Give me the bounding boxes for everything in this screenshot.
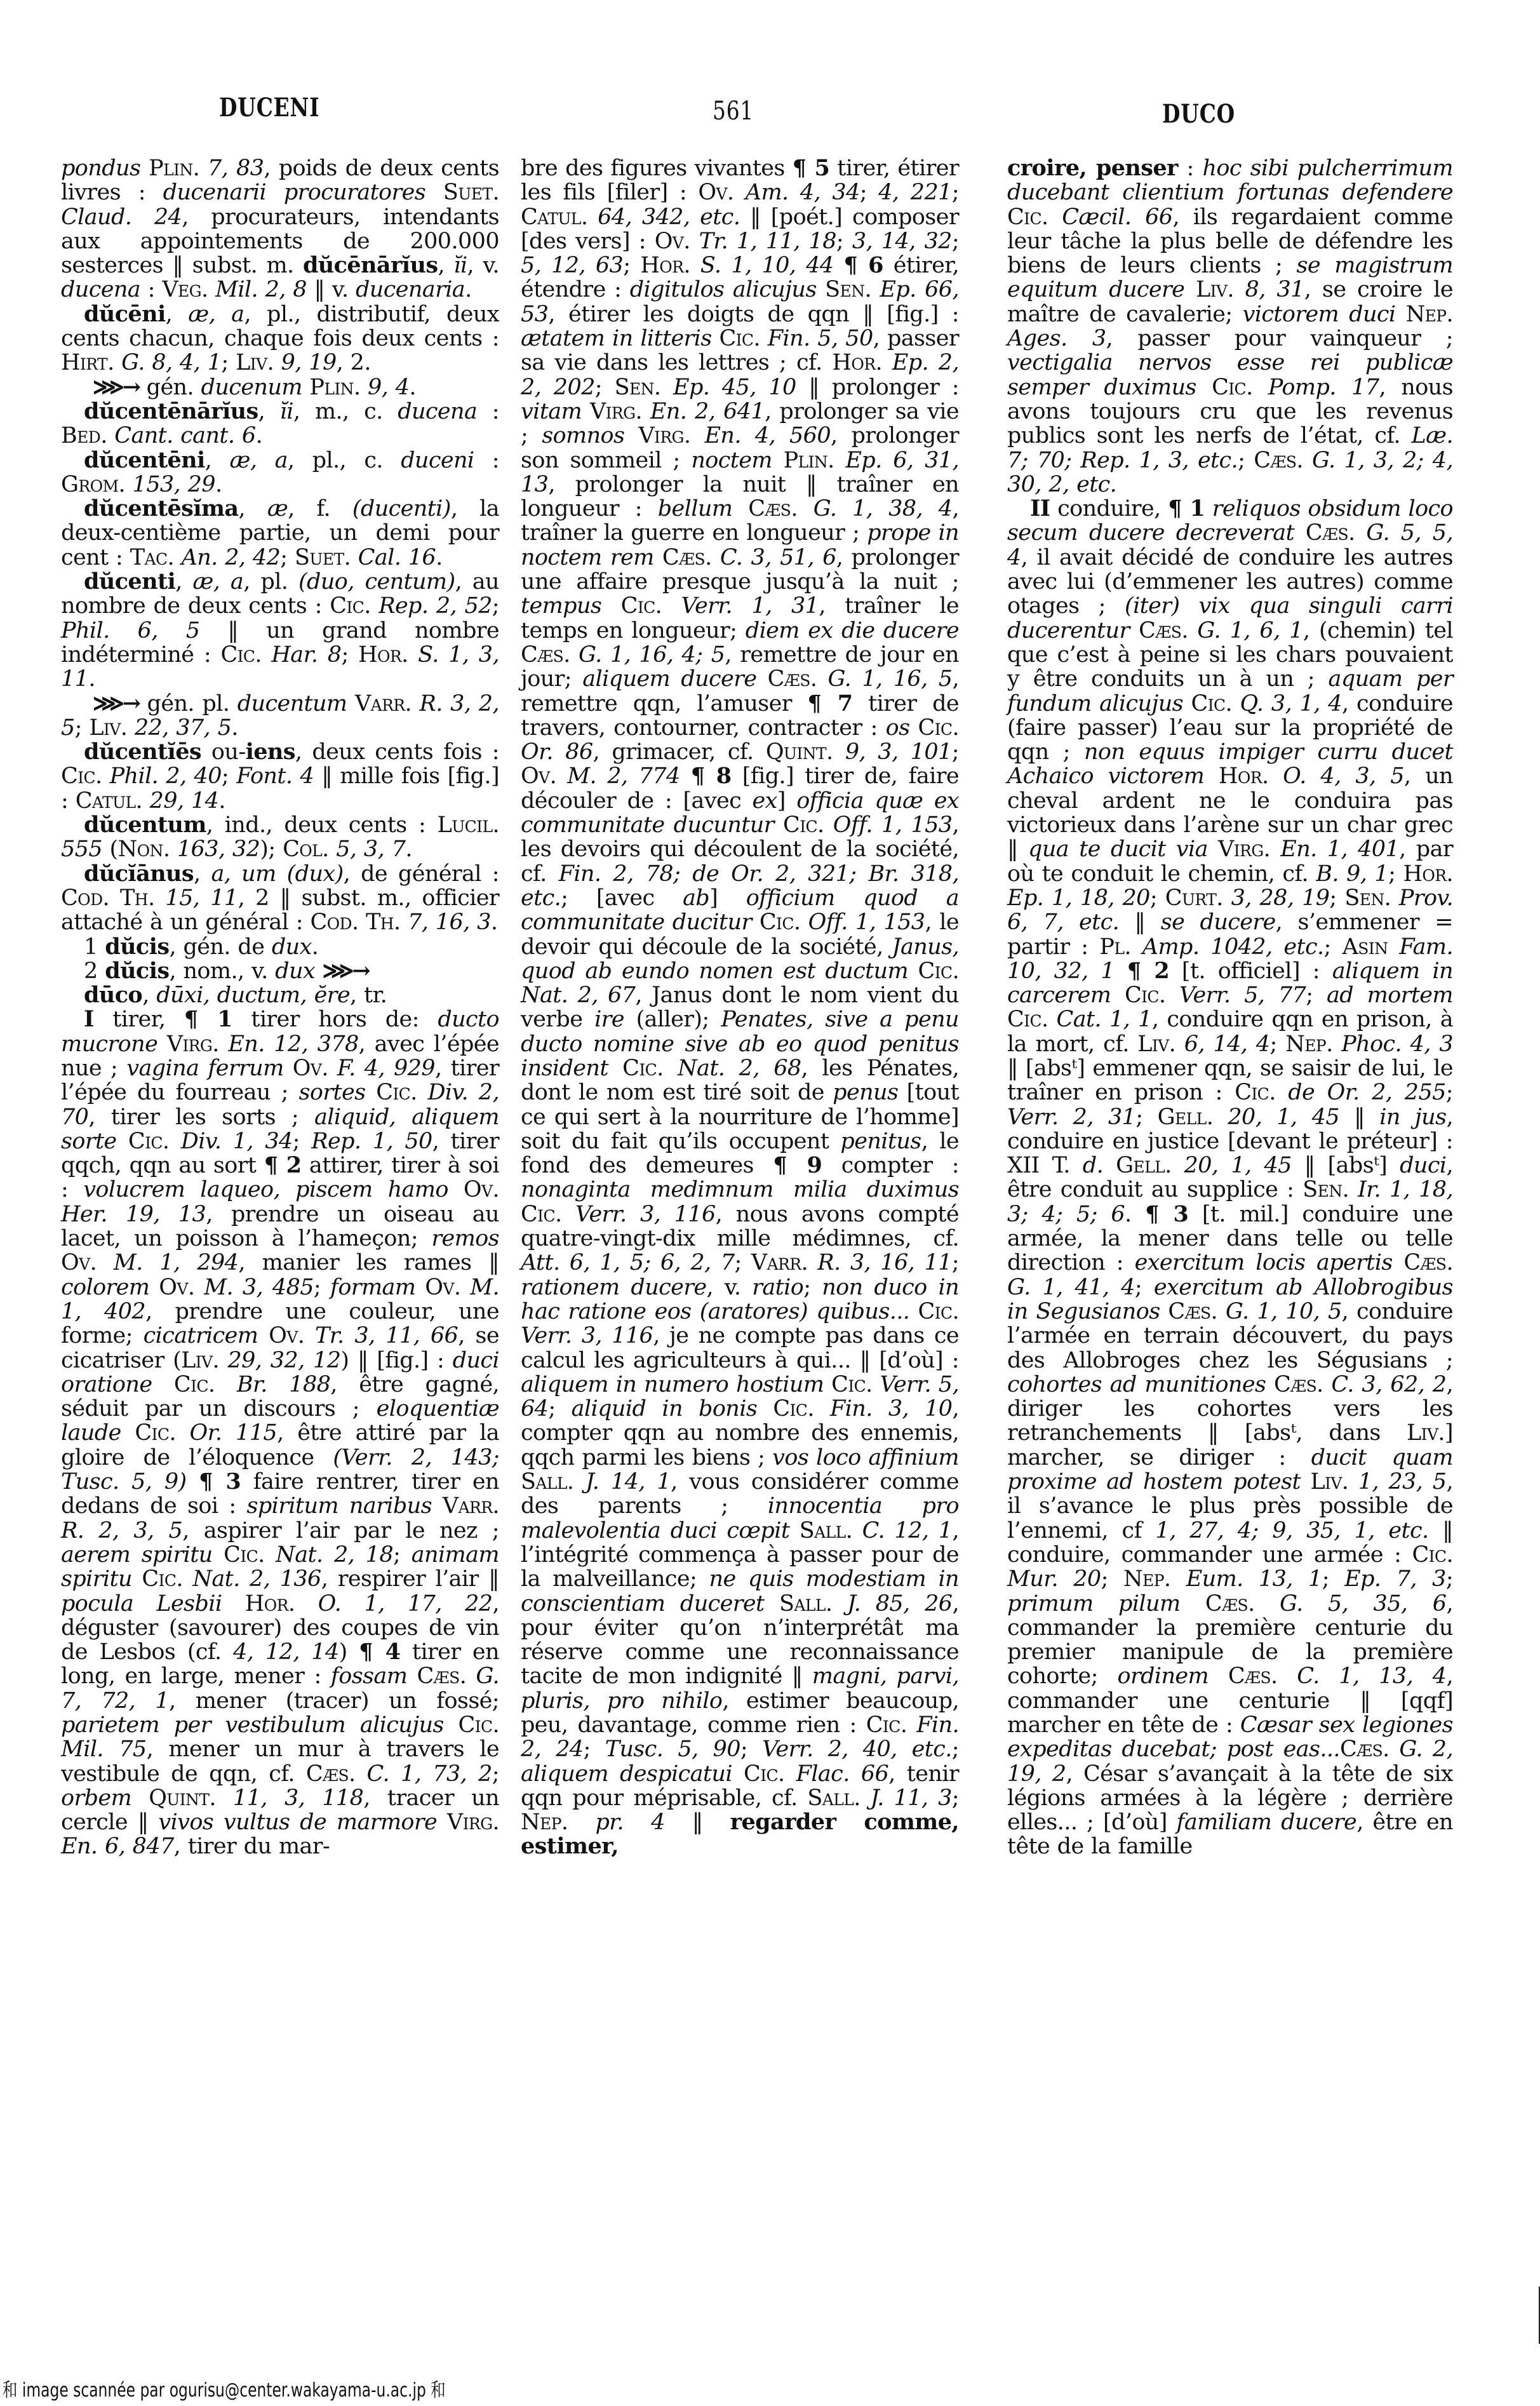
latin-citation: ordinem [1117, 1663, 1209, 1689]
latin-citation: J. 11, 3 [871, 1785, 952, 1811]
author-abbrev: Lucil [438, 812, 493, 838]
latin-citation: Ep. 7, 3 [1344, 1566, 1446, 1592]
latin-citation: Nat. 2, 136 [192, 1566, 321, 1592]
author-abbrev: Cæs [417, 1663, 459, 1689]
latin-citation: exercitum locis apertis [1135, 1250, 1393, 1275]
latin-citation: ducenum [201, 375, 302, 400]
headword: ¶ 1 [184, 1006, 232, 1032]
headword: dŭcēni [84, 301, 166, 327]
latin-citation: R. 2, 3, 5 [61, 1518, 182, 1543]
latin-citation: noctem [691, 448, 772, 473]
author-abbrev: Virg [167, 1032, 213, 1057]
latin-citation: primum pilum [1007, 1591, 1181, 1616]
continued-text: bre des figures vivantes ¶ 5 tirer, étir… [521, 156, 959, 1859]
right-guide-word: DUCO [1162, 99, 1235, 129]
author-abbrev: Liv [236, 350, 267, 375]
latin-citation: Or. 115 [190, 1420, 278, 1446]
latin-citation: ducena [398, 399, 477, 424]
latin-citation: orbem [61, 1785, 131, 1811]
author-abbrev: Ov [464, 1177, 493, 1202]
author-abbrev: Hor [640, 253, 683, 278]
latin-citation: dūxi, ductum, ĕre [156, 983, 350, 1008]
latin-citation: Verr. 3, 116 [575, 1202, 716, 1227]
author-abbrev: Cic [1007, 1007, 1041, 1032]
latin-citation: æ [267, 496, 288, 521]
latin-citation: ex [753, 788, 777, 814]
author-abbrev: Ov [61, 1250, 90, 1275]
author-abbrev: Suet [295, 545, 344, 570]
latin-citation: C. 12, 1 [862, 1518, 953, 1543]
author-abbrev: Hor [832, 350, 875, 375]
headword: dŭcēnārĭus [303, 252, 438, 278]
latin-citation: Off. 1, 153 [808, 910, 925, 935]
latin-citation: 3, 28, 19 [1231, 885, 1330, 911]
left-guide-word: DUCENI [219, 93, 319, 123]
author-abbrev: Ov [159, 1275, 188, 1300]
headword: dŭcentum [84, 812, 206, 838]
latin-citation: M. 1, 294 [114, 1250, 239, 1275]
dictionary-entry: 2 dŭcis, nom., v. dux ⋙→ [61, 959, 499, 983]
headword: I [84, 1006, 94, 1032]
latin-citation: 7, 16, 3 [408, 910, 491, 935]
latin-citation: ire [594, 1007, 624, 1032]
author-abbrev: Catul [76, 788, 136, 814]
author-abbrev: Cod [61, 885, 103, 911]
author-abbrev: Cic [135, 1420, 169, 1446]
latin-citation: 4, 221 [878, 180, 952, 205]
latin-citation: diem ex die ducere [746, 618, 959, 643]
latin-citation: æ, a [192, 569, 243, 595]
author-abbrev: Virg [1218, 837, 1264, 862]
headword: dŭcentĭēs [84, 739, 201, 765]
author-abbrev: Nep [521, 1810, 561, 1835]
latin-citation: Phoc. 4, 3 [1341, 1032, 1453, 1057]
author-abbrev: Ov [269, 1323, 298, 1348]
dictionary-entry: dŭcenti, æ, a, pl. (duo, centum), au nom… [61, 570, 499, 691]
latin-citation: ducena [61, 277, 140, 302]
latin-citation: 3, 14, 32 [852, 229, 952, 254]
author-abbrev: Cæs [1205, 1591, 1248, 1616]
author-abbrev: Plin [784, 448, 828, 473]
page-number: 561 [713, 97, 754, 126]
author-abbrev: Curt [1165, 885, 1217, 911]
latin-citation: Div. 1, 34 [181, 1129, 293, 1154]
latin-citation: in jus [1379, 1105, 1446, 1130]
author-abbrev: Asin [1342, 934, 1388, 960]
latin-citation: sortes [299, 1080, 366, 1105]
author-abbrev: Liv [1407, 1420, 1438, 1446]
headword: ¶ 4 [359, 1639, 400, 1665]
author-abbrev: Ov [521, 763, 550, 789]
latin-citation: M. 2, 774 [567, 763, 680, 789]
latin-citation: Verr. 2, 40, etc. [762, 1737, 952, 1762]
latin-citation: parietem per vestibulum alicujus [61, 1712, 444, 1738]
headword: dŭcis [105, 958, 169, 984]
latin-citation: formam [330, 1275, 415, 1300]
latin-citation: B. 9, 1 [1316, 861, 1388, 887]
author-abbrev: Cæs [306, 1761, 349, 1787]
author-abbrev: Cæs [1139, 618, 1181, 643]
latin-citation: Amp. 1042, etc. [1142, 934, 1324, 960]
author-abbrev: Cod [310, 910, 352, 935]
latin-citation: fossam [331, 1663, 407, 1689]
latin-citation: ĭi [280, 399, 293, 424]
latin-citation: Eum. 13, 1 [1186, 1566, 1322, 1592]
latin-citation: Q. 3, 1, 4 [1240, 691, 1342, 716]
author-abbrev: Plin [309, 375, 354, 400]
author-abbrev: Hor [1219, 763, 1262, 789]
latin-citation: vos loco affinium [772, 1445, 959, 1470]
latin-citation: cicatricem [144, 1323, 258, 1348]
author-abbrev: Nep [1285, 1032, 1326, 1057]
latin-citation: Claud. 24 [61, 205, 182, 230]
dictionary-entry: dŭcĭānus, a, um (dux), de général : Cod.… [61, 862, 499, 935]
latin-citation: 20, 1, 45 [1184, 1153, 1292, 1178]
latin-citation: ætatem in litteris [521, 326, 712, 351]
author-abbrev: Sen [615, 375, 654, 400]
latin-citation: 7, 83 [208, 156, 264, 181]
headword: dŭcentēnārĭus [84, 398, 258, 424]
author-abbrev: Cic [1412, 1542, 1446, 1568]
author-abbrev: Sall [800, 1518, 846, 1543]
author-abbrev: Cic [866, 1712, 901, 1738]
latin-citation: Flac. 66 [796, 1761, 889, 1787]
latin-citation: G. 5, 35, 6 [1280, 1591, 1446, 1616]
author-abbrev: Virg [447, 1810, 493, 1835]
latin-citation: F. 4, 929 [337, 1056, 435, 1081]
headword: ¶ 3 [1145, 1201, 1188, 1227]
latin-citation: Har. 8 [271, 642, 341, 668]
latin-citation: (Verr. 2, 143; Tusc. 5, 9) [61, 1445, 499, 1495]
latin-citation: Phil. 6, 5 [61, 618, 199, 643]
latin-citation: aquam per fundum alicujus [1007, 666, 1453, 716]
headword: ¶ 3 [199, 1468, 241, 1495]
author-abbrev: Plin [149, 156, 193, 181]
latin-citation: G. 1, 38, 4 [814, 496, 953, 521]
latin-citation: rationem ducere [521, 1275, 707, 1300]
author-abbrev: Cæs [1228, 1663, 1271, 1689]
author-abbrev: Cæs [1306, 520, 1348, 546]
latin-citation: aliquem ducere [582, 666, 756, 692]
latin-citation: se magistrum equitum ducere [1007, 253, 1453, 302]
latin-citation: nonaginta medimnum milia duximus [521, 1177, 959, 1202]
latin-citation: O. 4, 3, 5 [1283, 763, 1404, 789]
author-abbrev: Cic [174, 1372, 208, 1397]
author-abbrev: Hor [358, 642, 401, 668]
latin-citation: Tr. 3, 11, 66 [315, 1323, 458, 1348]
latin-citation: ducenarii procuratores [163, 180, 425, 205]
latin-citation: pondus [61, 156, 140, 181]
latin-citation: remos [431, 1226, 499, 1251]
author-abbrev: Nep [1123, 1566, 1164, 1592]
latin-citation: 8, 31 [1245, 277, 1304, 302]
dictionary-entry: dŭcentĭēs ou-iens, deux cents fois : Cic… [61, 740, 499, 813]
author-abbrev: Pl [1099, 934, 1124, 960]
author-abbrev: Liv [1310, 1469, 1341, 1495]
author-abbrev: Cic [760, 910, 794, 935]
latin-citation: Ir. 1, 18, 3; 4; 5; 6 [1007, 1177, 1453, 1227]
author-abbrev: Varr [443, 1493, 493, 1519]
latin-citation: 64, 342, etc. [598, 205, 740, 230]
author-abbrev: Liv [1137, 1032, 1168, 1057]
latin-citation: volucrem laqueo, piscem hamo [83, 1177, 448, 1202]
latin-citation: 9, 19 [281, 350, 337, 375]
latin-citation: En. 2, 641 [650, 399, 765, 424]
latin-citation: qua te ducit via [1028, 837, 1208, 862]
dictionary-entry: dŭcentēni, æ, a, pl., c. duceni : Grom. … [61, 448, 499, 497]
author-abbrev: Ov [425, 1275, 454, 1300]
latin-citation: 20, 1, 45 [1228, 1105, 1339, 1130]
arrow-icon: ⋙→ [323, 958, 369, 984]
latin-citation: Ep. 45, 10 [673, 375, 796, 400]
author-abbrev: Cic [783, 812, 817, 838]
latin-citation: C. 1, 73, 2 [367, 1761, 492, 1787]
latin-citation: Tusc. 5, 90 [605, 1737, 740, 1762]
headword: ¶ 2 [1127, 958, 1169, 984]
latin-citation: magni, parvi, pluris, pro nihilo [521, 1663, 959, 1713]
latin-citation: En. 1, 401 [1280, 837, 1399, 862]
latin-citation: vagina ferrum [126, 1056, 283, 1081]
author-abbrev: Suet [443, 180, 493, 205]
cross-reference: ⋙→ gén. pl. ducentum Varr. R. 3, 2, 5; L… [61, 692, 499, 741]
latin-citation: somnos [542, 423, 624, 448]
latin-citation: Or. 86 [521, 739, 593, 765]
latin-citation: En. 4, 560 [704, 423, 831, 448]
latin-citation: ratio [752, 1275, 803, 1300]
latin-citation: dux [275, 958, 315, 984]
dictionary-entry: I tirer, ¶ 1 tirer hors de: ducto mucron… [61, 1007, 499, 1858]
latin-citation: G. 8, 4, 1 [121, 350, 221, 375]
arrow-icon: ⋙→ [93, 374, 139, 400]
headword: dūco [84, 982, 142, 1008]
continued-text: croire, penser : hoc sibi pulcherrimum d… [1007, 156, 1453, 497]
latin-citation: dux [272, 934, 312, 960]
latin-citation: os [886, 715, 910, 741]
latin-citation: G. 1, 16, 4; 5 [579, 642, 725, 668]
dictionary-entry: dŭcentēnārĭus, ĭi, m., c. ducena : Bed. … [61, 400, 499, 448]
headword: ¶ 2 [264, 1152, 302, 1178]
latin-citation: ducentum [238, 691, 347, 716]
latin-citation: Fin. 5, 50 [768, 326, 873, 351]
headword: ¶ 6 [843, 252, 883, 278]
latin-citation: C. 3, 62, 2 [1331, 1372, 1446, 1397]
latin-citation: Janus, quod ab eundo nomen est ductum [521, 934, 959, 984]
author-abbrev: Ov [293, 1056, 322, 1081]
latin-citation: Pomp. 17 [1268, 375, 1379, 400]
latin-citation: En. 6, 847 [61, 1834, 174, 1859]
latin-citation: pocula Lesbii [61, 1591, 222, 1616]
latin-citation: En. 12, 378 [228, 1032, 358, 1057]
author-abbrev: Hor [1403, 861, 1446, 887]
arrow-icon: ⋙→ [93, 690, 139, 716]
latin-citation: Off. 1, 153 [833, 812, 953, 838]
latin-citation: vivos vultus de marmore [158, 1810, 437, 1835]
author-abbrev: Liv [89, 715, 120, 741]
author-abbrev: Cic [1212, 375, 1246, 400]
author-abbrev: Sen [1302, 1177, 1342, 1202]
latin-citation: 5, 12, 63 [521, 253, 623, 278]
dictionary-entry: dŭcēni, æ, a, pl., distributif, deux cen… [61, 302, 499, 375]
latin-citation: victorem duci [1243, 302, 1396, 327]
author-abbrev: Quint [149, 1785, 209, 1811]
headword: dŭcentēni [84, 447, 205, 473]
latin-citation: ab [683, 885, 709, 911]
author-abbrev: Col [283, 837, 322, 862]
author-abbrev: Cæs [1340, 1737, 1383, 1762]
latin-citation: digitulos alicujus [630, 277, 817, 302]
latin-citation: ad mortem [1327, 983, 1453, 1008]
latin-citation: J. 85, 26 [847, 1591, 953, 1616]
author-abbrev: Cic [220, 642, 255, 668]
author-abbrev: Tac [130, 545, 168, 570]
dictionary-column-2: bre des figures vivantes ¶ 5 tirer, étir… [521, 156, 959, 1859]
latin-citation: C. 1, 13, 4 [1297, 1663, 1446, 1689]
dictionary-entry: 1 dŭcis, gén. de dux. [61, 935, 499, 959]
latin-citation: 5, 3, 7 [336, 837, 405, 862]
author-abbrev: Sall [779, 1591, 826, 1616]
author-abbrev: Sall [807, 1785, 854, 1811]
author-abbrev: Liv [181, 1348, 212, 1373]
latin-citation: Mil. 75 [61, 1737, 147, 1762]
author-abbrev: Cic [142, 1566, 176, 1592]
dictionary-column-1: pondus Plin. 7, 83, poids de deux cents … [61, 156, 499, 1859]
latin-citation: Rep. 1, 50 [311, 1129, 432, 1154]
latin-citation: 9, 4 [368, 375, 409, 400]
latin-citation: 1, 27, 4; 9, 35, 1, etc. [1156, 1518, 1429, 1543]
latin-citation: duci [1400, 1153, 1446, 1178]
latin-citation: d. [1083, 1153, 1103, 1178]
latin-citation: Rep. 2, 52 [378, 593, 492, 619]
latin-citation: æ, a [230, 448, 288, 473]
author-abbrev: Th [366, 910, 394, 935]
latin-citation: ĭi [453, 253, 467, 278]
latin-citation: familiam ducere [1177, 1810, 1357, 1835]
latin-citation: Phil. 2, 40 [110, 763, 222, 789]
author-abbrev: Quint [766, 739, 826, 765]
latin-citation: eloquentiæ laude [61, 1396, 499, 1446]
author-abbrev: Sen [825, 277, 864, 302]
latin-citation: a, um (dux) [211, 861, 343, 887]
author-abbrev: Cic [61, 763, 95, 789]
latin-citation: Cat. 1, 1 [1057, 1007, 1152, 1032]
latin-citation: Verr. 2, 31 [1007, 1105, 1135, 1130]
author-abbrev: Nep [1406, 302, 1447, 327]
latin-citation: 22, 37, 5 [135, 715, 231, 741]
latin-citation: Tr. 1, 11, 18 [699, 229, 836, 254]
latin-citation: Verr. 3, 116 [521, 1323, 653, 1348]
latin-citation: aliquem despicatui [521, 1761, 732, 1787]
latin-citation: tempus [521, 593, 601, 619]
author-abbrev: Cic [1235, 1080, 1269, 1105]
latin-citation: C. 3, 51, 6 [720, 545, 836, 570]
latin-citation: 29, 14 [150, 788, 219, 814]
dictionary-entry: dŭcentum, ind., deux cents : Lucil. 555 … [61, 813, 499, 862]
headword: dŭcentēsĭma [84, 495, 239, 521]
author-abbrev: Liv [1196, 277, 1227, 302]
latin-citation: O. 1, 17, 22 [318, 1591, 493, 1616]
latin-citation: 4, 12, 14 [233, 1639, 339, 1665]
latin-citation: An. 2, 42 [182, 545, 281, 570]
author-abbrev: Cic [744, 1761, 778, 1787]
author-abbrev: Cic [128, 1129, 163, 1154]
author-abbrev: Cæs [1274, 1372, 1316, 1397]
latin-citation: pr. 4 [595, 1810, 664, 1835]
headword: ¶ 9 [773, 1152, 822, 1178]
headword: ¶ 1 [1168, 495, 1205, 521]
author-abbrev: Cæs [1403, 1250, 1446, 1275]
author-abbrev: Cæs [748, 496, 791, 521]
latin-citation: Nat. 2, 18 [276, 1542, 393, 1568]
latin-citation: Nat. 2, 68 [678, 1056, 801, 1081]
latin-citation: 153, 29 [133, 472, 215, 497]
author-abbrev: Cic [773, 1396, 807, 1421]
author-abbrev: Hor [245, 1591, 288, 1616]
author-abbrev: Cic [831, 1372, 866, 1397]
latin-citation: Verr. 1, 31 [681, 593, 819, 619]
latin-citation: 29, 32, 12 [227, 1348, 340, 1373]
latin-citation: 9, 3, 101 [845, 739, 952, 765]
headword: regarder comme, estimer, [521, 1809, 959, 1859]
author-abbrev: Virg [590, 399, 636, 424]
latin-citation: J. 14, 1 [586, 1469, 671, 1495]
author-abbrev: Grom [61, 472, 118, 497]
latin-citation: æ, a [188, 302, 244, 327]
author-abbrev: Cæs [1254, 448, 1296, 473]
latin-citation: Cant. cant. 6 [114, 423, 255, 448]
author-abbrev: Cic [719, 326, 753, 351]
latin-citation: Ep. 1, 18, 20 [1007, 885, 1150, 911]
latin-citation: Nat. 2, 67 [521, 983, 635, 1008]
author-abbrev: Cic [918, 715, 952, 741]
latin-citation: Cæcil. 66 [1062, 205, 1172, 230]
author-abbrev: Cic [918, 1299, 952, 1324]
author-abbrev: Cæs [768, 666, 810, 692]
headword: dŭcĭānus [84, 861, 194, 887]
author-abbrev: Hirt [61, 350, 107, 375]
author-abbrev: Cic [1007, 205, 1041, 230]
author-abbrev: Cic [459, 1712, 493, 1738]
author-abbrev: Cic [521, 1202, 555, 1227]
latin-citation: Ages. 3 [1007, 326, 1106, 351]
author-abbrev: Ov [698, 180, 727, 205]
latin-citation: aerem spiritu [61, 1542, 213, 1568]
latin-citation: Cal. 16 [358, 545, 436, 570]
author-abbrev: Sen [1344, 885, 1384, 911]
dictionary-entry: II conduire, ¶ 1 reliquos obsidum loco s… [1007, 497, 1453, 1859]
author-abbrev: Cic [918, 958, 953, 984]
latin-citation: ducenaria [356, 277, 465, 302]
latin-citation: G. 1, 41, 4 [1007, 1275, 1135, 1300]
author-abbrev: Cic [224, 1542, 258, 1568]
author-abbrev: Cæs [662, 545, 705, 570]
author-abbrev: Sall [521, 1469, 567, 1495]
headword: dŭcenti [84, 568, 175, 595]
author-abbrev: Cic [376, 1080, 410, 1105]
author-abbrev: Cæs [521, 642, 563, 668]
headword: II [1030, 495, 1050, 521]
latin-citation: penus [833, 1080, 898, 1105]
latin-citation: (ducenti) [352, 496, 451, 521]
latin-citation: M. 3, 485 [204, 1275, 314, 1300]
latin-citation: R. 3, 16, 11 [817, 1250, 951, 1275]
author-abbrev: Gell [1158, 1105, 1207, 1130]
latin-citation: 15, 11 [165, 885, 238, 911]
dictionary-entry: dŭcentēsĭma, æ, f. (ducenti), la deux-ce… [61, 497, 499, 570]
latin-citation: penitus [840, 1129, 921, 1154]
continued-text: pondus Plin. 7, 83, poids de deux cents … [61, 156, 499, 302]
latin-citation: aliquid in bonis [572, 1396, 758, 1421]
latin-citation: Cæsar sex legiones expeditas ducebat; po… [1007, 1712, 1453, 1762]
